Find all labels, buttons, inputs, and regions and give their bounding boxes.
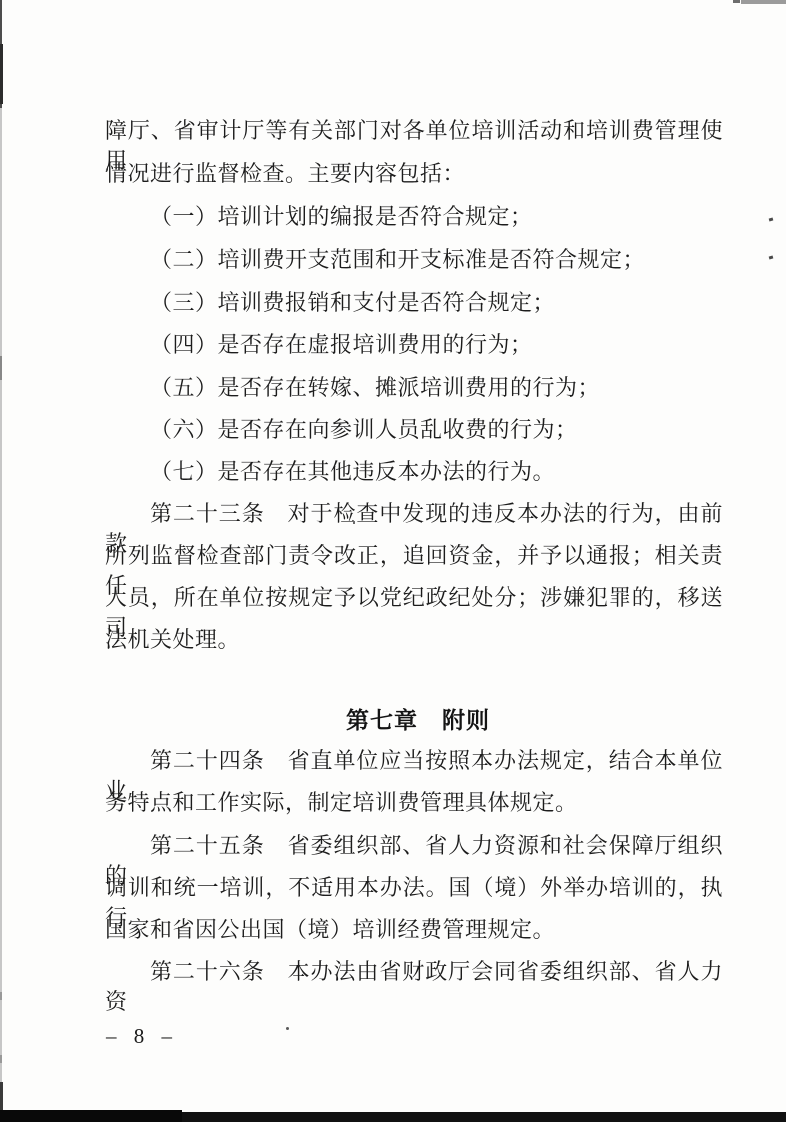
list-item-line: （五）是否存在转嫁、摊派培训费用的行为； <box>105 373 723 403</box>
text-line: 国家和省因公出国（境）培训经费管理规定。 <box>105 915 723 945</box>
text-line: 情况进行监督检查。主要内容包括： <box>105 159 723 189</box>
scan-left-edge-tick <box>0 1055 2 1063</box>
list-item-line: （四）是否存在虚报培训费用的行为； <box>105 330 723 360</box>
scan-speck <box>769 256 774 260</box>
list-item-line: （三）培训费报销和支付是否符合规定； <box>105 288 723 318</box>
scan-speck <box>769 218 774 222</box>
scan-left-edge-mark <box>0 356 2 380</box>
scan-speck <box>353 521 355 524</box>
list-item-line: （二）培训费开支范围和开支标准是否符合规定； <box>105 245 723 275</box>
scan-speck <box>286 1027 289 1030</box>
scan-top-right-bar <box>741 0 786 4</box>
scan-left-edge-tick <box>0 992 2 1000</box>
list-item-line: （一）培训计划的编报是否符合规定； <box>105 202 723 232</box>
scan-bottom-edge-bar <box>0 1110 182 1122</box>
scan-left-edge-blob <box>0 44 3 104</box>
page-number: – 8 – <box>106 1024 178 1049</box>
chapter-heading: 第七章 附则 <box>346 702 490 735</box>
article-line: 第二十六条 本办法由省财政厅会同省委组织部、省人力资 <box>105 957 723 1017</box>
list-item-line: （六）是否存在向参训人员乱收费的行为； <box>105 415 723 445</box>
scan-left-edge-line <box>0 0 2 1122</box>
scan-top-right-tick <box>733 0 740 3</box>
document-page: 障厅、省审计厅等有关部门对各单位培训活动和培训费管理使用 情况进行监督检查。主要… <box>0 0 786 1122</box>
list-item-line: （七）是否存在其他违反本办法的行为。 <box>105 457 723 487</box>
text-line: 法机关处理。 <box>105 625 723 655</box>
text-line: 务特点和工作实际，制定培训费管理具体规定。 <box>105 788 723 818</box>
